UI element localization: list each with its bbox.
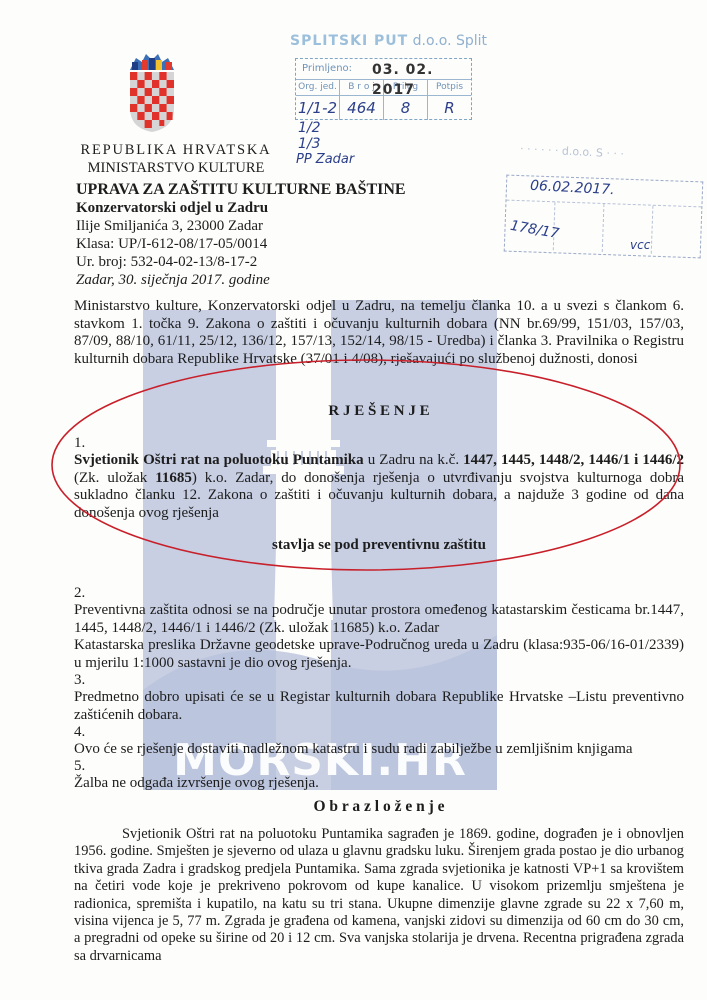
second-stamp-signature: vcc xyxy=(630,238,650,252)
red-ellipse-annotation xyxy=(48,356,684,574)
ministry-name: MINISTARSTVO KULTURE xyxy=(66,160,286,177)
handwritten-note-2: 1/3 xyxy=(298,136,321,152)
klasa: Klasa: UP/I-612-08/17-05/0014 xyxy=(76,235,267,253)
item-3-text: Predmetno dobro upisati će se u Registar… xyxy=(74,689,684,724)
ur-broj: Ur. broj: 532-04-02-13/8-17-2 xyxy=(76,253,257,271)
received-date: 03. 02. 2017 xyxy=(372,60,471,100)
received-label: Primljeno: xyxy=(302,63,352,74)
department-name: Konzervatorski odjel u Zadru xyxy=(76,199,268,217)
item-4-text: Ovo će se rješenje dostaviti nadležnom k… xyxy=(74,741,684,759)
place-date: Zadar, 30. siječnja 2017. godine xyxy=(76,271,270,289)
handwritten-note-3: PP Zadar xyxy=(296,152,354,167)
item-2-text2: Katastarska preslika Državne geodetske u… xyxy=(74,637,684,672)
address: Ilije Smiljanića 3, 23000 Zadar xyxy=(76,217,263,235)
second-stamp-header: · · · · · · d.o.o. S · · · xyxy=(520,142,625,160)
receipt-stamp-company: SPLITSKI PUT d.o.o. Split xyxy=(290,33,487,49)
item-5-text: Žalba ne odgađa izvršenje ovog rješenja. xyxy=(74,775,684,793)
explanation-title: O b r a z l o ž e n j e xyxy=(74,798,684,816)
explanation-paragraph: Svjetionik Oštri rat na poluotoku Puntam… xyxy=(74,826,684,965)
receipt-stamp: Primljeno: 03. 02. 2017 Org. jed. B r o … xyxy=(295,58,472,120)
item-2-text: Preventivna zaštita odnosi se na područj… xyxy=(74,602,684,637)
country-name: REPUBLIKA HRVATSKA xyxy=(66,142,286,159)
stamp-val-org: 1/1-2 xyxy=(296,96,340,120)
croatian-coat-of-arms-icon xyxy=(128,52,176,134)
handwritten-note-1: 1/2 xyxy=(298,120,321,136)
directorate-name: UPRAVA ZA ZAŠTITU KULTURNE BAŠTINE xyxy=(76,181,406,199)
item-2-number: 2. xyxy=(74,585,684,603)
item-5-number: 5. xyxy=(74,758,684,776)
item-4-number: 4. xyxy=(74,724,684,742)
item-3-number: 3. xyxy=(74,672,684,690)
stamp-col-org: Org. jed. xyxy=(296,80,340,95)
